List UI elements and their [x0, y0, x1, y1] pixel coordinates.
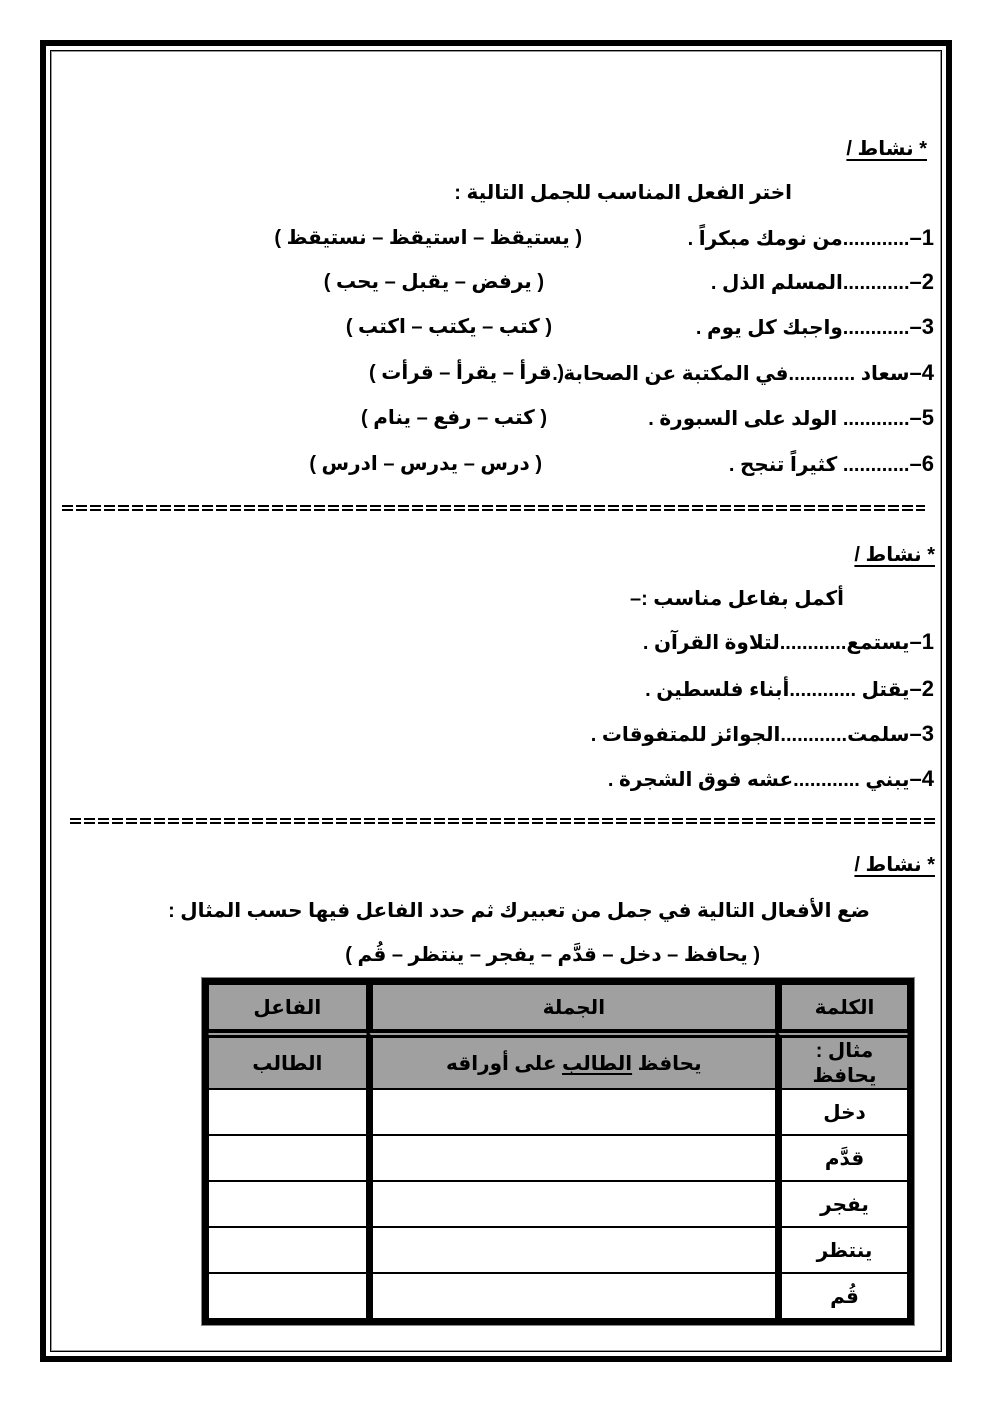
activity2-item-2: 2–يقتل ............أبناء فلسطين . — [645, 677, 934, 702]
activity2-item-4: 4–يبني ............عشه فوق الشجرة . — [608, 767, 934, 792]
item-number: 4– — [910, 766, 935, 791]
example-sentence-start: يحافظ — [632, 1053, 702, 1075]
item-text: ............ الولد على السبورة . — [648, 408, 909, 430]
table-row: قُم — [208, 1273, 908, 1319]
row-word: قدَّم — [776, 1135, 908, 1181]
item-number: 5– — [910, 405, 935, 430]
row-subject-cell[interactable] — [208, 1089, 367, 1135]
item-text: ............من نومك مبكراً . — [688, 228, 910, 250]
answer-table: الكلمة الجملة الفاعل مثال : يحافظ يحافظ … — [202, 978, 914, 1325]
table-example-row: مثال : يحافظ يحافظ الطالب على أوراقه الط… — [208, 1030, 908, 1089]
activity2-instruction: أكمل بفاعل مناسب :– — [630, 587, 844, 611]
activity1-item-2: 2–............المسلم الذل . — [711, 270, 934, 295]
example-subject: الطالب — [208, 1030, 367, 1089]
row-subject-cell[interactable] — [208, 1273, 367, 1319]
activity1-instruction: اختر الفعل المناسب للجمل التالية : — [454, 181, 792, 205]
activity1-heading: * نشاط / — [846, 137, 927, 161]
header-word: الكلمة — [776, 984, 908, 1030]
row-sentence-cell[interactable] — [367, 1089, 776, 1135]
row-sentence-cell[interactable] — [367, 1273, 776, 1319]
activity2-item-1: 1–يستمع............لتلاوة القرآن . — [643, 630, 934, 655]
example-sentence-end: على أوراقه — [446, 1053, 562, 1075]
activity1-choices-1: ( يستيقظ – استيقظ – نستيقظ ) — [274, 226, 582, 250]
row-word: قُم — [776, 1273, 908, 1319]
table-row: دخل — [208, 1089, 908, 1135]
item-number: 4– — [910, 360, 935, 385]
example-subject-underlined: الطالب — [562, 1053, 632, 1075]
header-sentence: الجملة — [367, 984, 776, 1030]
activity2-heading: * نشاط / — [854, 543, 935, 567]
item-text: سلمت............الجوائز للمتفوقات . — [591, 724, 910, 746]
item-number: 3– — [910, 314, 935, 339]
example-sentence: يحافظ الطالب على أوراقه — [367, 1030, 776, 1089]
row-word: ينتظر — [776, 1227, 908, 1273]
item-text: ............المسلم الذل . — [711, 272, 910, 294]
item-number: 3– — [910, 721, 935, 746]
activity3-instruction: ضع الأفعال التالية في جمل من تعبيرك ثم ح… — [168, 899, 870, 923]
table-header-row: الكلمة الجملة الفاعل — [208, 984, 908, 1030]
activity2-item-3: 3–سلمت............الجوائز للمتفوقات . — [591, 722, 934, 747]
activity1-item-4: 4–سعاد ............في المكتبة عن الصحابة… — [552, 361, 934, 386]
item-number: 1– — [910, 629, 935, 654]
item-text: سعاد ............في المكتبة عن الصحابة . — [552, 363, 909, 385]
row-word: يفجر — [776, 1181, 908, 1227]
activity1-choices-5: ( كتب – رفع – ينام ) — [361, 406, 547, 430]
item-number: 1– — [910, 225, 935, 250]
row-subject-cell[interactable] — [208, 1135, 367, 1181]
item-text: ............ كثيراً تنجح . — [729, 454, 910, 476]
activity1-choices-2: ( يرفض – يقبل – يحب ) — [324, 270, 544, 294]
row-subject-cell[interactable] — [208, 1227, 367, 1273]
item-text: يقتل ............أبناء فلسطين . — [645, 679, 909, 701]
separator-2 — [70, 818, 935, 824]
item-number: 2– — [910, 676, 935, 701]
activity1-choices-3: ( كتب – يكتب – اكتب ) — [346, 315, 552, 339]
activity3-verbs-list: ( يحافظ – دخل – قدَّم – يفجر – ينتظر – ق… — [345, 943, 760, 967]
activity1-item-1: 1–............من نومك مبكراً . — [688, 226, 934, 251]
item-text: يستمع............لتلاوة القرآن . — [643, 632, 910, 654]
table-row: قدَّم — [208, 1135, 908, 1181]
activity1-item-6: 6–............ كثيراً تنجح . — [729, 452, 934, 477]
activity1-item-5: 5–............ الولد على السبورة . — [648, 406, 934, 431]
separator-1 — [62, 505, 925, 511]
table-row: يفجر — [208, 1181, 908, 1227]
table-row: ينتظر — [208, 1227, 908, 1273]
row-sentence-cell[interactable] — [367, 1181, 776, 1227]
example-word: مثال : يحافظ — [776, 1030, 908, 1089]
row-subject-cell[interactable] — [208, 1181, 367, 1227]
item-number: 6– — [910, 451, 935, 476]
activity3-heading: * نشاط / — [854, 853, 935, 877]
activity1-choices-6: ( درس – يدرس – ادرس ) — [309, 452, 542, 476]
row-sentence-cell[interactable] — [367, 1227, 776, 1273]
activity1-choices-4: ( قرأ – يقرأ – قرأت ) — [369, 361, 564, 385]
item-number: 2– — [910, 269, 935, 294]
header-subject: الفاعل — [208, 984, 367, 1030]
activity1-item-3: 3–............واجبك كل يوم . — [696, 315, 934, 340]
row-word: دخل — [776, 1089, 908, 1135]
item-text: يبني ............عشه فوق الشجرة . — [608, 769, 910, 791]
row-sentence-cell[interactable] — [367, 1135, 776, 1181]
item-text: ............واجبك كل يوم . — [696, 317, 910, 339]
